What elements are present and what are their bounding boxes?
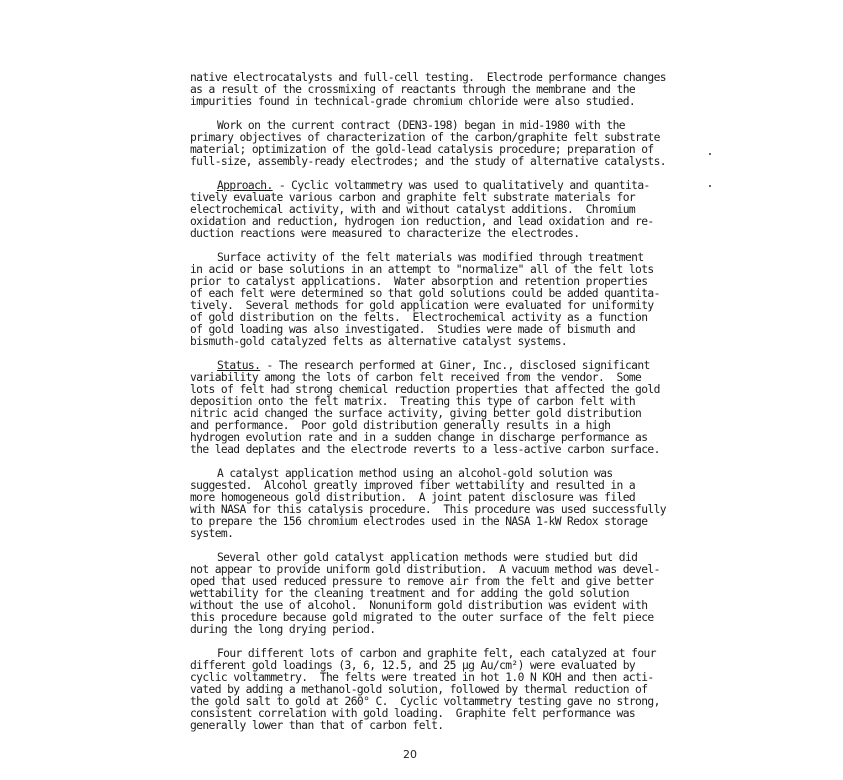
text-line: system.	[190, 528, 660, 540]
scan-speck	[709, 153, 711, 155]
text-line: to prepare the 156 chromium electrodes u…	[190, 516, 660, 528]
paragraph: Surface activity of the felt materials w…	[190, 252, 660, 348]
text-line: full-size, assembly-ready electrodes; an…	[190, 156, 660, 168]
paragraph: Work on the current contract (DEN3-198) …	[190, 120, 660, 168]
paragraph: Several other gold catalyst application …	[190, 552, 660, 636]
text-line: impurities found in technical-grade chro…	[190, 96, 660, 108]
paragraph: Four different lots of carbon and graphi…	[190, 648, 660, 732]
paragraph: A catalyst application method using an a…	[190, 468, 660, 540]
text-line: during the long drying period.	[190, 624, 660, 636]
text-line: the lead deplates and the electrode reve…	[190, 444, 660, 456]
text-line: duction reactions were measured to chara…	[190, 228, 660, 240]
page-number: 20	[403, 748, 417, 761]
text-line: bismuth-gold catalyzed felts as alternat…	[190, 336, 660, 348]
paragraph: Approach. - Cyclic voltammetry was used …	[190, 180, 660, 240]
paragraph: native electrocatalysts and full-cell te…	[190, 72, 660, 108]
text-line: generally lower than that of carbon felt…	[190, 720, 660, 732]
paragraph: Status. - The research performed at Gine…	[190, 360, 660, 456]
document-page: native electrocatalysts and full-cell te…	[190, 72, 660, 744]
scan-speck	[709, 185, 711, 187]
